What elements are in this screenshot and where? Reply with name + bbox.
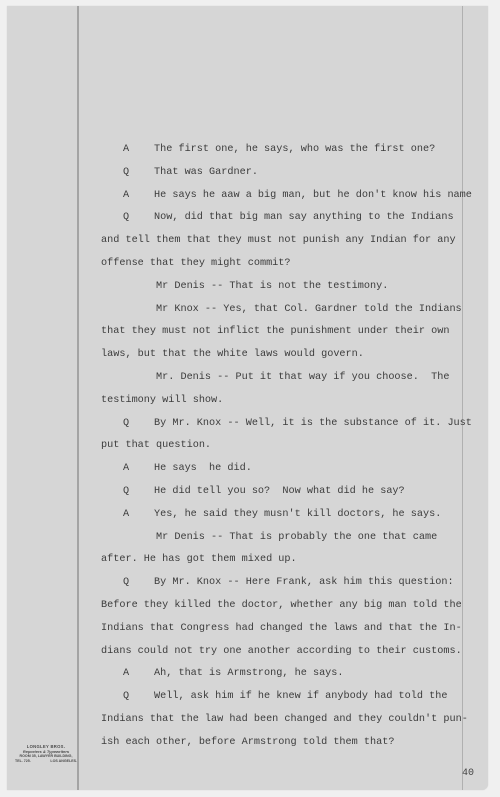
- reporter-stamp: LONGLEY BROS. Reporters & Typewriters RO…: [15, 744, 77, 764]
- speaker-label: A: [123, 144, 129, 156]
- transcript-line: after. He has got them mixed up.: [101, 554, 297, 566]
- transcript-line: By Mr. Knox -- Here Frank, ask him this …: [154, 577, 454, 589]
- transcript-line: dians could not try one another accordin…: [101, 646, 462, 658]
- transcript-line: That was Gardner.: [154, 167, 258, 179]
- page-number: 40: [462, 768, 474, 779]
- speaker-label: A: [123, 509, 129, 521]
- transcript-line: laws, but that the white laws would gove…: [101, 349, 364, 361]
- transcript-line: ish each other, before Armstrong told th…: [101, 737, 394, 749]
- transcript-line: Yes, he said they musn't kill doctors, h…: [154, 509, 441, 521]
- transcript-line: Ah, that is Armstrong, he says.: [154, 668, 344, 680]
- right-margin-rule: [462, 6, 463, 790]
- speaker-label: Q: [123, 167, 129, 179]
- speaker-label: Q: [123, 486, 129, 498]
- speaker-label: A: [123, 463, 129, 475]
- transcript-line: The first one, he says, who was the firs…: [154, 144, 435, 156]
- transcript-line: Before they killed the doctor, whether a…: [101, 600, 462, 612]
- transcript-line: Indians that the law had been changed an…: [101, 714, 468, 726]
- transcript-line: put that question.: [101, 440, 211, 452]
- transcript-line: Mr Knox -- Yes, that Col. Gardner told t…: [156, 304, 462, 316]
- transcript-line: He did tell you so? Now what did he say?: [154, 486, 405, 498]
- stamp-tel: TEL. 725.: [15, 759, 31, 764]
- speaker-label: A: [123, 668, 129, 680]
- left-margin-rule: [77, 6, 79, 790]
- speaker-label: A: [123, 190, 129, 202]
- transcript-line: Mr Denis -- That is not the testimony.: [156, 281, 388, 293]
- transcript-line: that they must not inflict the punishmen…: [101, 326, 449, 338]
- transcript-page: AThe first one, he says, who was the fir…: [7, 6, 488, 790]
- transcript-line: testimony will show.: [101, 395, 223, 407]
- transcript-line: Mr. Denis -- Put it that way if you choo…: [156, 372, 449, 384]
- transcript-line: Indians that Congress had changed the la…: [101, 623, 462, 635]
- transcript-line: offense that they might commit?: [101, 258, 291, 270]
- speaker-label: Q: [123, 691, 129, 703]
- transcript-line: By Mr. Knox -- Well, it is the substance…: [154, 418, 472, 430]
- speaker-label: Q: [123, 577, 129, 589]
- transcript-line: Now, did that big man say anything to th…: [154, 212, 454, 224]
- transcript-line: Mr Denis -- That is probably the one tha…: [156, 532, 437, 544]
- transcript-line: He says he did.: [154, 463, 252, 475]
- speaker-label: Q: [123, 418, 129, 430]
- speaker-label: Q: [123, 212, 129, 224]
- transcript-line: He says he aaw a big man, but he don't k…: [154, 190, 472, 202]
- stamp-city: LOS ANGELES.: [50, 759, 77, 764]
- transcript-line: Well, ask him if he knew if anybody had …: [154, 691, 447, 703]
- transcript-line: and tell them that they must not punish …: [101, 235, 456, 247]
